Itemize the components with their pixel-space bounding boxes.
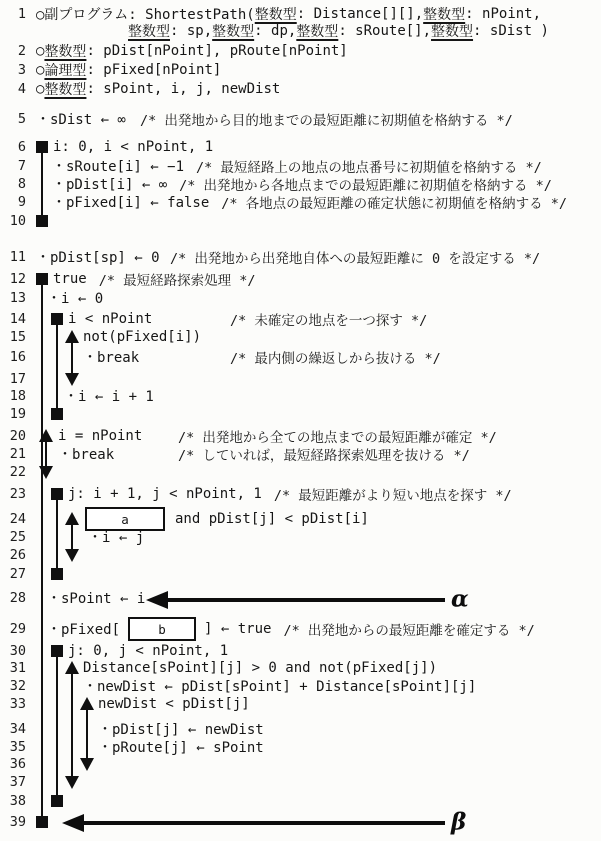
code-text: ○整数型 : sPoint, i, j, newDist [36, 79, 280, 99]
line-number: 4 [3, 81, 26, 97]
line-number: 15 [3, 329, 26, 345]
loop-end-marker [51, 795, 63, 807]
loop-start-marker [36, 141, 48, 153]
loop-end-marker [36, 215, 48, 227]
code-segment: : pDist[nPoint], pRoute[nPoint] [86, 43, 347, 59]
code-segment: : pFixed[nPoint] [86, 62, 221, 78]
if-start-arrow-icon [65, 661, 79, 674]
code-segment: : dp, [254, 23, 296, 39]
code-segment: 整数型 [128, 21, 170, 41]
code-text: ・sDist ← ∞ [36, 109, 126, 129]
line-number: 23 [3, 486, 26, 502]
blank-box-b: b [128, 617, 196, 641]
code-segment: ・break [83, 347, 139, 367]
code-segment: 整数型 [296, 21, 338, 41]
line-number: 10 [3, 213, 26, 229]
if-end-arrow-icon [65, 776, 79, 789]
code-line-19: 19 [0, 402, 601, 426]
code-line-27: 27 [0, 562, 601, 586]
if-end-arrow-icon [65, 549, 79, 562]
left-arrowhead-icon [146, 591, 168, 609]
line-number: 27 [3, 566, 26, 582]
code-line-11: 11・pDist[sp] ← 0/* 出発地から出発地自体への最短距離に 0 を… [0, 245, 601, 269]
line-number: 12 [3, 271, 26, 287]
pseudocode-page: 1○副プログラム: ShortestPath( 整数型 : Distance[]… [0, 0, 601, 841]
loop-end-marker [51, 568, 63, 580]
code-segment: 整数型 [44, 79, 86, 99]
line-number: 37 [3, 774, 26, 790]
tabbed-comment: /* 出発地から目的地までの最短距離に初期値を格納する */ [140, 109, 513, 129]
line-number: 33 [3, 696, 26, 712]
code-line-4: 4○整数型 : sPoint, i, j, newDist [0, 77, 601, 101]
code-segment: : sp, [170, 23, 212, 39]
code-text: ・pFixed[b] ← true/* 出発地からの最短距離を確定する */ [47, 617, 535, 641]
code-line-23: 23j: i + 1, j < nPoint, 1/* 最短距離がより短い地点を… [0, 482, 601, 506]
loop-start-marker [36, 273, 48, 285]
code-segment: ○ [36, 81, 44, 97]
code-text: not(pFixed[i]) [83, 329, 201, 345]
code-segment: ・sPoint ← i [47, 588, 145, 608]
tabbed-comment: /* 最内側の繰返しから抜ける */ [230, 347, 441, 367]
code-line-22: 22 [0, 460, 601, 484]
line-number: 13 [3, 290, 26, 306]
if-end-arrow-icon [39, 466, 53, 479]
code-segment: 整数型 [431, 21, 473, 41]
code-line-33: 33newDist < pDist[j] [0, 692, 601, 716]
code-segment: newDist < pDist[j] [98, 696, 250, 712]
line-number: 28 [3, 590, 26, 606]
inline-comment: /* 出発地からの最短距離を確定する */ [283, 619, 534, 639]
tabbed-comment: /* 出発地から出発地自体への最短距離に 0 を設定する */ [170, 247, 540, 267]
code-segment: ○ [36, 43, 44, 59]
code-segment: i: 0, i < nPoint, 1 [53, 139, 213, 155]
code-segment: ] ← true [204, 621, 271, 637]
line-number: 19 [3, 406, 26, 422]
loop-start-marker [51, 488, 63, 500]
code-line-29: 29・pFixed[b] ← true/* 出発地からの最短距離を確定する */ [0, 617, 601, 641]
line-number: 26 [3, 547, 26, 563]
line-number: 39 [3, 814, 26, 830]
loop-end-marker [36, 816, 48, 828]
line-number: 2 [3, 43, 26, 59]
line-number: 11 [3, 249, 26, 265]
code-segment: 整数型 [212, 21, 254, 41]
if-start-arrow-icon [65, 512, 79, 525]
loop-end-marker [51, 408, 63, 420]
code-segment: : sDist ) [473, 23, 549, 39]
line-number: 38 [3, 793, 26, 809]
line-number: 5 [3, 111, 26, 127]
line-number: 29 [3, 621, 26, 637]
code-segment: ○ [36, 62, 44, 78]
code-text: ・sPoint ← i [47, 588, 145, 608]
code-segment: ・pFixed[ [47, 619, 120, 639]
code-text: ・pDist[sp] ← 0 [36, 247, 160, 267]
code-segment: ・pDist[sp] ← 0 [36, 247, 160, 267]
code-text: newDist < pDist[j] [98, 696, 250, 712]
if-start-arrow-icon [80, 697, 94, 710]
code-segment: not(pFixed[i]) [83, 329, 201, 345]
line-number: 16 [3, 349, 26, 365]
line-number: 22 [3, 464, 26, 480]
arrow-label-beta: β [451, 808, 466, 835]
inline-comment: /* 最短距離がより短い地点を探す */ [274, 484, 512, 504]
line-number: 9 [3, 194, 26, 210]
code-segment: true [53, 271, 87, 287]
if-start-arrow-icon [65, 330, 79, 343]
if-start-arrow-icon [39, 429, 53, 442]
line-number: 6 [3, 139, 26, 155]
code-line-16: 16・break/* 最内側の繰返しから抜ける */ [0, 345, 601, 369]
arrow-label-alpha: α [451, 585, 469, 612]
left-arrowhead-icon [62, 814, 84, 832]
code-segment: ・sDist ← ∞ [36, 109, 126, 129]
code-text: ・break [83, 347, 139, 367]
annotation-arrow-shaft [78, 821, 445, 825]
code-segment: ・i ← 0 [47, 288, 103, 308]
code-segment: j: i + 1, j < nPoint, 1 [68, 486, 262, 502]
code-text: i: 0, i < nPoint, 1 [53, 139, 213, 155]
code-line-10: 10 [0, 209, 601, 233]
annotation-arrow-shaft [162, 598, 445, 602]
code-text: j: i + 1, j < nPoint, 1/* 最短距離がより短い地点を探す… [68, 484, 512, 504]
line-number: 3 [3, 62, 26, 78]
code-text: 整数型 : sp, 整数型 : dp, 整数型 : sRoute[], 整数型 … [128, 21, 549, 41]
code-text: ・i ← 0 [47, 288, 103, 308]
code-segment: : sPoint, i, j, newDist [86, 81, 280, 97]
code-line-5: 5・sDist ← ∞/* 出発地から目的地までの最短距離に初期値を格納する *… [0, 107, 601, 131]
code-segment: : sRoute[], [338, 23, 431, 39]
loop-start-marker [51, 313, 63, 325]
